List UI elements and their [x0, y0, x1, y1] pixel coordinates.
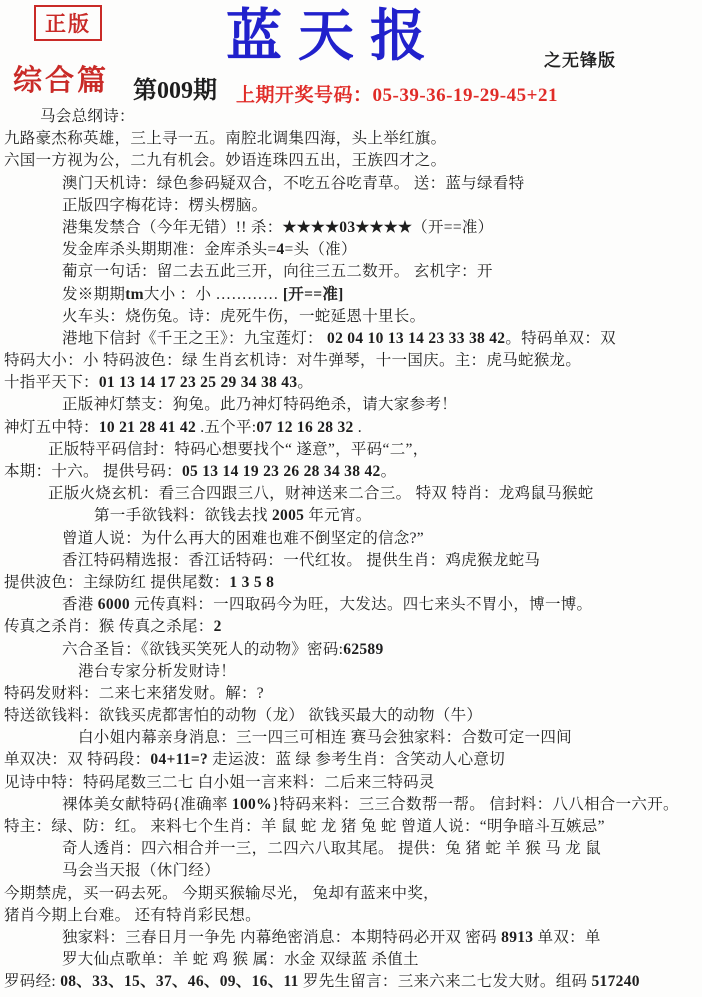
text-line: 六国一方视为公，二九有机会。妙语连珠四五出，王族四才之。: [0, 150, 702, 172]
text-line: 澳门天机诗：绿色参码疑双合，不吃五谷吃青草。 送：蓝与绿看特: [0, 173, 702, 195]
text-line: 香港 6000 元传真料：一四取码今为旺，大发达。四七来头不胃小，博一博。: [0, 594, 702, 616]
text-line: 马会当天报（休门经）: [0, 860, 702, 882]
text-line: 裸体美女献特码{准确率 100%}特码来料：三三合数帮一帮。 信封料：八八相合一…: [0, 794, 702, 816]
text-line: 提供波色：主绿防红 提供尾数：1 3 5 8: [0, 572, 702, 594]
text-line: 今期禁虎，买一码去死。 今期买猴输尽光， 兔却有蓝来中奖，: [0, 883, 702, 905]
text-line: 港台专家分析发财诗！: [0, 661, 702, 683]
text-line: 港集发禁合（今年无错）!! 杀：★★★★03★★★★（开==准）: [0, 217, 702, 239]
text-line: 发※期期tm大小 ：小 ………… [开==准]: [0, 284, 702, 306]
text-line: 单双决：双 特码段：04+11=? 走运波：蓝 绿 参考生肖：含笑动人心意切: [0, 749, 702, 771]
text-line: 猪肖今期上台难。 还有特肖彩民想。: [0, 905, 702, 927]
text-line: 本期：十六。 提供号码：05 13 14 19 23 26 28 34 38 4…: [0, 461, 702, 483]
text-line: 奇人透肖：四六相合并一三，二四六八取其尾。 提供：兔 猪 蛇 羊 猴 马 龙 鼠: [0, 838, 702, 860]
body-text: 马会总纲诗：九路豪杰称英雄，三上寻一五。南腔北调集四海，头上举红旗。六国一方视为…: [0, 106, 702, 994]
issue-number: 第009期: [133, 70, 217, 105]
text-line: 六合圣旨：《欲钱买笑死人的动物》密码:62589: [0, 639, 702, 661]
text-line: 第一手欲钱料：欲钱去找 2005 年元宵。: [0, 505, 702, 527]
last-draw-result: 上期开奖号码：05-39-36-19-29-45+21: [236, 80, 558, 107]
text-line: 正版特平码信封：特码心想要找个“ 遂意”，平码“二”，: [0, 439, 702, 461]
text-line: 传真之杀肖：猴 传真之杀尾：2: [0, 616, 702, 638]
text-line: 特码发财料：二来七来猪发财。解：?: [0, 683, 702, 705]
text-line: 特送欲钱料：欲钱买虎都害怕的动物（龙） 欲钱买最大的动物（牛）: [0, 705, 702, 727]
text-line: 正版神灯禁支：狗兔。此乃神灯特码绝杀，请大家参考！: [0, 394, 702, 416]
newspaper-page: 正版 蓝天报 之无锋版 综合篇 第009期 上期开奖号码：05-39-36-19…: [0, 0, 702, 997]
text-line: 马会总纲诗：: [0, 106, 702, 128]
text-line: 香江特码精选报：香江话特码：一代红妆。 提供生肖：鸡虎猴龙蛇马: [0, 550, 702, 572]
edition-label: 之无锋版: [544, 46, 616, 71]
text-line: 葡京一句话：留二去五此三开，向往三五二数开。 玄机字：开: [0, 261, 702, 283]
page-title: 蓝天报: [226, 0, 442, 72]
text-line: 十指平天下：01 13 14 17 23 25 29 34 38 43。: [0, 372, 702, 394]
text-line: 神灯五中特：10 21 28 41 42 .五个平:07 12 16 28 32…: [0, 417, 702, 439]
text-line: 罗码经: 08、33、15、37、46、09、16、11 罗先生留言：三来六来二…: [0, 971, 702, 993]
text-line: 九路豪杰称英雄，三上寻一五。南腔北调集四海，头上举红旗。: [0, 128, 702, 150]
text-line: 见诗中特：特码尾数三二七 白小姐一言来料：二后来三特码灵: [0, 772, 702, 794]
text-line: 正版火烧玄机：看三合四跟三八，财神送来二合三。 特双 特肖：龙鸡鼠马猴蛇: [0, 483, 702, 505]
text-line: 罗大仙点歌单：羊 蛇 鸡 猴 属：水金 双绿蓝 杀值土: [0, 949, 702, 971]
text-line: 独家料：三春日月一争先 内幕绝密消息：本期特码必开双 密码 8913 单双：单: [0, 927, 702, 949]
authentic-stamp: 正版: [34, 5, 102, 41]
text-line: 港地下信封《千王之王》：九宝莲灯： 02 04 10 13 14 23 33 3…: [0, 328, 702, 350]
text-line: 发金库杀头期期准：金库杀头=4=头（准）: [0, 239, 702, 261]
text-line: 正版四字梅花诗：楞头楞脑。: [0, 195, 702, 217]
text-line: 火车头：烧伤兔。诗：虎死牛伤，一蛇延恩十里长。: [0, 306, 702, 328]
masthead: 正版 蓝天报 之无锋版 综合篇 第009期 上期开奖号码：05-39-36-19…: [0, 0, 702, 106]
text-line: 特码大小：小 特码波色：绿 生肖玄机诗：对牛弹琴，十一国庆。主：虎马蛇猴龙。: [0, 350, 702, 372]
section-label: 综合篇: [13, 58, 109, 99]
text-line: 曾道人说：为什么再大的困难也难不倒坚定的信念?”: [0, 528, 702, 550]
text-line: 特主：绿、防：红。 来料七个生肖：羊 鼠 蛇 龙 猪 兔 蛇 曾道人说：“明争暗…: [0, 816, 702, 838]
text-line: 白小姐内幕亲身消息：三一四三可相连 赛马会独家料：合数可定一四间: [0, 727, 702, 749]
